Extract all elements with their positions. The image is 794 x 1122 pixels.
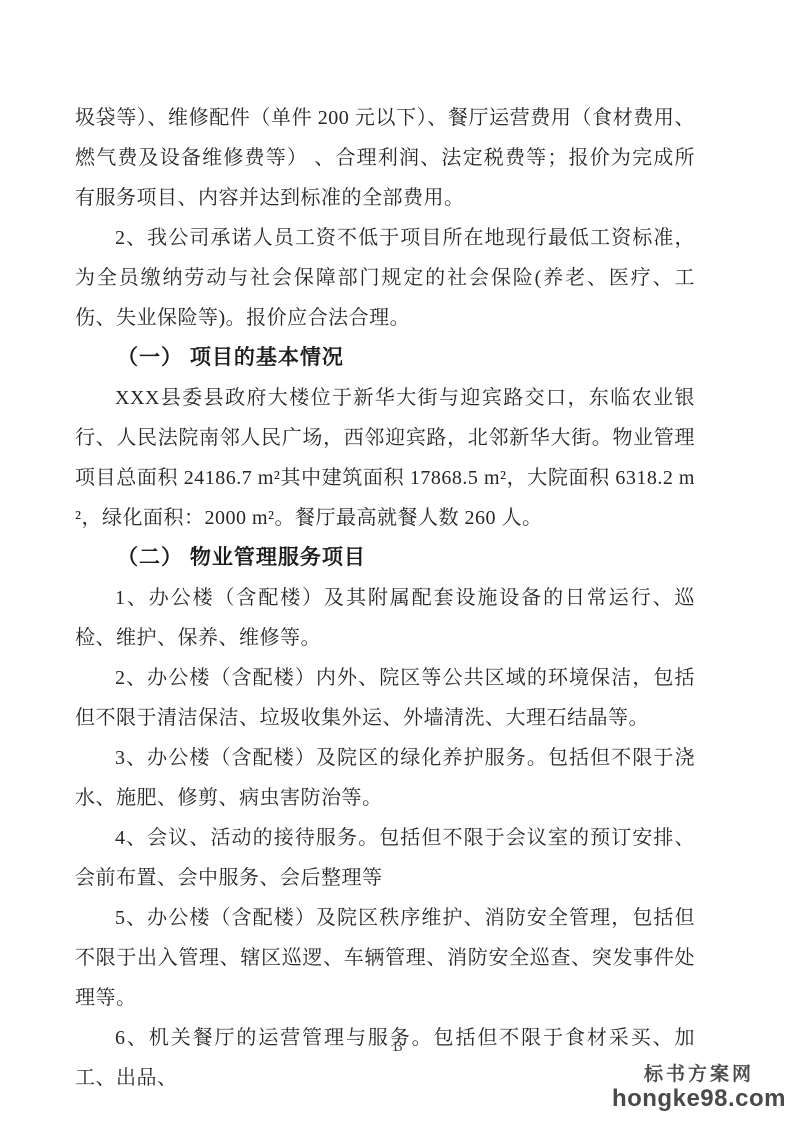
watermark: 标书方案网 hongke98.com	[612, 1065, 786, 1112]
paragraph-service-item-3: 3、办公楼（含配楼）及院区的绿化养护服务。包括但不限于浇水、施肥、修剪、病虫害防…	[75, 738, 695, 818]
paragraph-service-item-4: 4、会议、活动的接待服务。包括但不限于会议室的预订安排、会前布置、会中服务、会后…	[75, 818, 695, 898]
document-page: 圾袋等）、维修配件（单件 200 元以下）、餐厅运营费用（食材费用、燃气费及设备…	[0, 0, 794, 1122]
document-body: 圾袋等）、维修配件（单件 200 元以下）、餐厅运营费用（食材费用、燃气费及设备…	[75, 98, 695, 1098]
watermark-site-url: hongke98.com	[612, 1086, 786, 1112]
paragraph-service-item-5: 5、办公楼（含配楼）及院区秩序维护、消防安全管理，包括但不限于出入管理、辖区巡逻…	[75, 898, 695, 1018]
page-footer: 13	[0, 1038, 794, 1056]
page-number: 13	[392, 1039, 403, 1056]
section-heading-project-basic-info: （一） 项目的基本情况	[75, 338, 695, 378]
paragraph-service-item-1: 1、办公楼（含配楼）及其附属配套设施设备的日常运行、巡检、维护、保养、维修等。	[75, 578, 695, 658]
paragraph-service-item-6: 6、机关餐厅的运营管理与服务。包括但不限于食材采买、加工、出品、	[75, 1018, 695, 1098]
paragraph-project-location-area: XXX县委县政府大楼位于新华大街与迎宾路交口，东临农业银行、人民法院南邻人民广场…	[75, 378, 695, 538]
watermark-site-name: 标书方案网	[612, 1065, 786, 1086]
paragraph-wage-commitment: 2、我公司承诺人员工资不低于项目所在地现行最低工资标准，为全员缴纳劳动与社会保障…	[75, 218, 695, 338]
paragraph-service-item-2: 2、办公楼（含配楼）内外、院区等公共区域的环境保洁，包括但不限于清洁保洁、垃圾收…	[75, 658, 695, 738]
paragraph-fee-scope: 圾袋等）、维修配件（单件 200 元以下）、餐厅运营费用（食材费用、燃气费及设备…	[75, 98, 695, 218]
section-heading-service-items: （二） 物业管理服务项目	[75, 538, 695, 578]
